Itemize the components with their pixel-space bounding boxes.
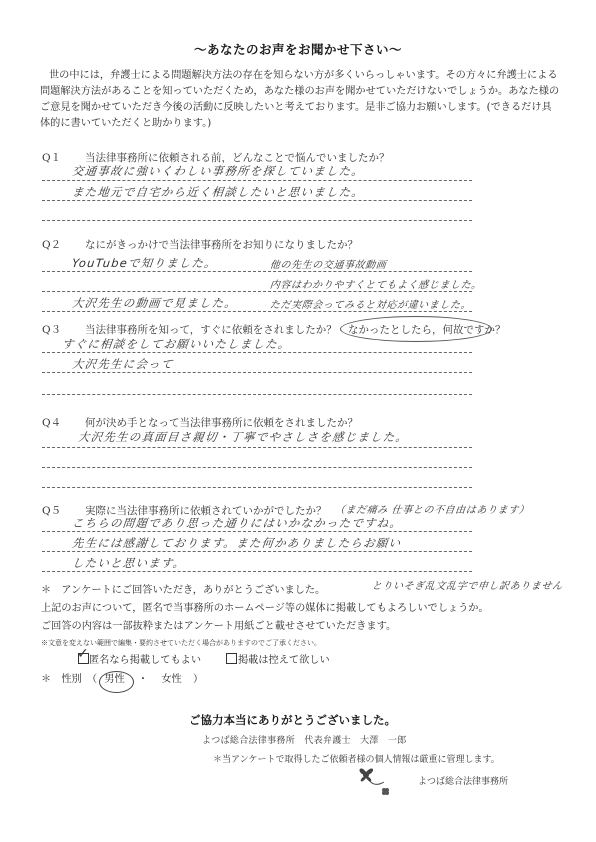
publish-option-anonymous[interactable]: ✓ 匿名なら掲載してもよい (78, 652, 201, 669)
question-number: Q１ (42, 150, 61, 165)
closing-line-2: 上記のお声について，匿名で当事務所のホームページ等の媒体に掲載してもよろしいでし… (41, 600, 489, 617)
handwritten-note: （まだ痛み 仕事との不自由はあります） (334, 501, 530, 516)
gender-row: ＊ 性別 （ 男性 ・ 女性 ） (41, 671, 203, 688)
checkbox-checked-icon[interactable]: ✓ (78, 653, 89, 664)
handwritten-answer: すぐに相談をしてお願いいたしました。 (61, 336, 291, 352)
answer-line (42, 467, 472, 468)
publish-option-decline[interactable]: 掲載は控えて欲しい (226, 652, 330, 669)
question-1: Q１ 当法律事務所に依頼される前，どんなことで悩んでいましたか？ 交通事故に強い… (30, 150, 570, 235)
answer-line (42, 200, 472, 201)
answer-line (42, 352, 472, 353)
thanks-message: ご協力本当にありがとうございました。 (189, 712, 396, 728)
closing-line-1: ＊ アンケートにご回答いただき，ありがとうございました。 (41, 582, 325, 599)
handwritten-answer: 先生には感謝しております。また何かありましたらお願い (71, 535, 402, 551)
handwritten-answer: 交通事故に強いくわしい事務所を探していました。 (71, 163, 365, 179)
answer-line (42, 531, 472, 532)
answer-line (42, 571, 472, 572)
answer-line (42, 220, 472, 221)
four-leaf-clover-icon (356, 762, 396, 798)
page-title: ～あなたのお声をお聞かせ下さい～ (0, 40, 596, 58)
answer-line (42, 487, 472, 488)
answer-line (42, 372, 472, 373)
question-3: Q３ 当法律事務所を知って，すぐに依頼をされましたか？ なかったとしたら，何故で… (30, 322, 570, 402)
handwritten-answer: 他の先生の交通事故動画 (269, 256, 387, 271)
question-5: Q５ 実際に当法律事務所に依頼されていかがでしたか？ （まだ痛み 仕事との不自由… (30, 503, 570, 573)
handwritten-answer: 大沢先生の真面目さ親切・丁寧でやさしさを感じました。 (77, 429, 409, 445)
handwritten-answer: ただ実際会ってみると対応が違いました。 (269, 296, 472, 311)
signature: よつば総合法律事務所 代表弁護士 大澤 一郎 (202, 733, 407, 746)
gender-separator: ・ (138, 674, 148, 685)
question-text: 何が決め手となって当法律事務所に依頼をされましたか？ (85, 415, 358, 430)
handwritten-answer: したいと思います。 (71, 555, 186, 571)
selection-circle (99, 671, 134, 693)
gender-label: ＊ 性別 （ (41, 674, 97, 685)
question-4: Q４ 何が決め手となって当法律事務所に依頼をされましたか？ 大沢先生の真面目さ親… (30, 415, 570, 485)
answer-line (42, 394, 472, 395)
question-number: Q２ (42, 237, 61, 252)
firm-name: よつば総合法律事務所 (418, 774, 508, 787)
handwritten-answer: 大沢先生の動画で見ました。 (71, 295, 238, 311)
handwritten-answer: また地元で自宅から近く相談したいと思いました。 (71, 184, 365, 200)
closing-line-3: ご回答の内容は一部抜粋またはアンケート用紙ごと載せさせていただきます。 (41, 618, 396, 635)
handwritten-answer: こちらの問題であり思った通りにはいかなかったですね。 (71, 515, 403, 531)
answer-line (42, 551, 472, 552)
intro-paragraph: 世の中には，弁護士による問題解決方法の存在を知らない方が多くいらっしゃいます。そ… (40, 68, 560, 132)
handwritten-answer: YouTubeで知りました。 (71, 255, 218, 271)
handwritten-apology: とりいそぎ乱文乱字で申し訳ありません (371, 577, 563, 592)
question-number: Q５ (42, 503, 61, 518)
hand-drawn-circle (340, 316, 492, 342)
answer-line (42, 291, 472, 292)
answer-line (42, 311, 472, 312)
gender-option-female[interactable]: 女性 (161, 674, 181, 685)
question-number: Q４ (42, 415, 61, 430)
handwritten-answer: 内容はわかりやすくとてもよく感じました。 (269, 276, 483, 291)
checkbox-icon[interactable] (226, 653, 237, 664)
option-label: 匿名なら掲載してもよい (89, 655, 201, 666)
handwritten-answer: 大沢先生に会って (71, 356, 174, 372)
answer-line (42, 180, 472, 181)
answer-line (42, 271, 472, 272)
gender-close-paren: ） (193, 674, 203, 685)
question-text: なにがきっかけで当法律事務所をお知りになりましたか？ (85, 237, 358, 252)
option-label: 掲載は控えて欲しい (238, 655, 330, 666)
question-2: Q２ なにがきっかけで当法律事務所をお知りになりましたか？ YouTubeで知り… (30, 237, 570, 317)
answer-line (42, 447, 472, 448)
gender-option-male[interactable]: 男性 (104, 674, 128, 685)
question-text: 当法律事務所を知って，すぐに依頼をされましたか？ (85, 322, 337, 337)
question-number: Q３ (42, 322, 61, 337)
